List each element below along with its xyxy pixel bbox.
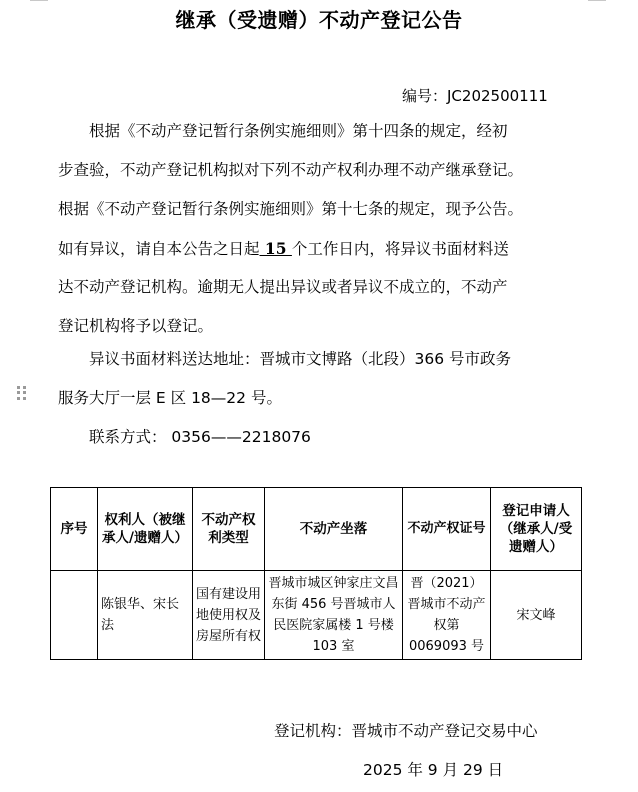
contact-line: 联系方式： 0356——2218076 (58, 418, 598, 457)
header-right-holder: 权利人（被继承人/遗赠人） (98, 488, 193, 571)
objection-text-before: 如有异议，请自本公告之日起 (58, 240, 260, 258)
paragraph-line: 如有异议，请自本公告之日起 15 个工作日内，将异议书面材料送 (58, 229, 598, 268)
address-line: 服务大厅一层 E 区 18—22 号。 (58, 379, 598, 418)
document-number: 编号：JC202500111 (402, 85, 548, 107)
paragraph-line: 根据《不动产登记暂行条例实施细则》第十七条的规定，现予公告。 (58, 190, 598, 229)
registration-organization: 登记机构：晋城市不动产登记交易中心 (274, 719, 538, 743)
address-paragraph: 异议书面材料送达地址：晋城市文博路（北段）366 号市政务 服务大厅一层 E 区… (58, 340, 598, 457)
header-location: 不动产坐落 (265, 488, 403, 571)
document-title: 继承（受遗赠）不动产登记公告 (0, 6, 638, 34)
cell-right-holder: 陈银华、宋长法 (98, 571, 193, 660)
header-applicant: 登记申请人（继承人/受遗赠人） (491, 488, 582, 571)
objection-text-after: 个工作日内，将异议书面材料送 (292, 240, 509, 258)
address-line: 异议书面材料送达地址：晋城市文博路（北段）366 号市政务 (58, 340, 598, 379)
table-row: 陈银华、宋长法 国有建设用地使用权及房屋所有权 晋城市城区钟家庄文昌东街 456… (51, 571, 582, 660)
announcement-date: 2025 年 9 月 29 日 (363, 758, 503, 782)
cell-right-type: 国有建设用地使用权及房屋所有权 (193, 571, 265, 660)
paragraph-line: 根据《不动产登记暂行条例实施细则》第十四条的规定，经初 (58, 112, 598, 151)
header-index: 序号 (51, 488, 98, 571)
page-corner-mark-right (588, 0, 606, 1)
paragraph-line: 步查验，不动产登记机构拟对下列不动产权利办理不动产继承登记。 (58, 151, 598, 190)
cell-certificate: 晋（2021）晋城市不动产权第 0069093 号 (403, 571, 491, 660)
header-certificate: 不动产权证号 (403, 488, 491, 571)
page-corner-mark-left (30, 0, 48, 1)
header-right-type: 不动产权利类型 (193, 488, 265, 571)
paragraph-line: 达不动产登记机构。逾期无人提出异议或者异议不成立的，不动产 (58, 268, 598, 307)
cell-index (51, 571, 98, 660)
table-header-row: 序号 权利人（被继承人/遗赠人） 不动产权利类型 不动产坐落 不动产权证号 登记… (51, 488, 582, 571)
property-table: 序号 权利人（被继承人/遗赠人） 不动产权利类型 不动产坐落 不动产权证号 登记… (50, 487, 582, 660)
announcement-paragraph: 根据《不动产登记暂行条例实施细则》第十四条的规定，经初 步查验，不动产登记机构拟… (58, 112, 598, 346)
cell-applicant: 宋文峰 (491, 571, 582, 660)
drag-handle-icon[interactable] (17, 386, 27, 400)
objection-days: 15 (260, 239, 292, 258)
cell-location: 晋城市城区钟家庄文昌东街 456 号晋城市人民医院家属楼 1 号楼 103 室 (265, 571, 403, 660)
